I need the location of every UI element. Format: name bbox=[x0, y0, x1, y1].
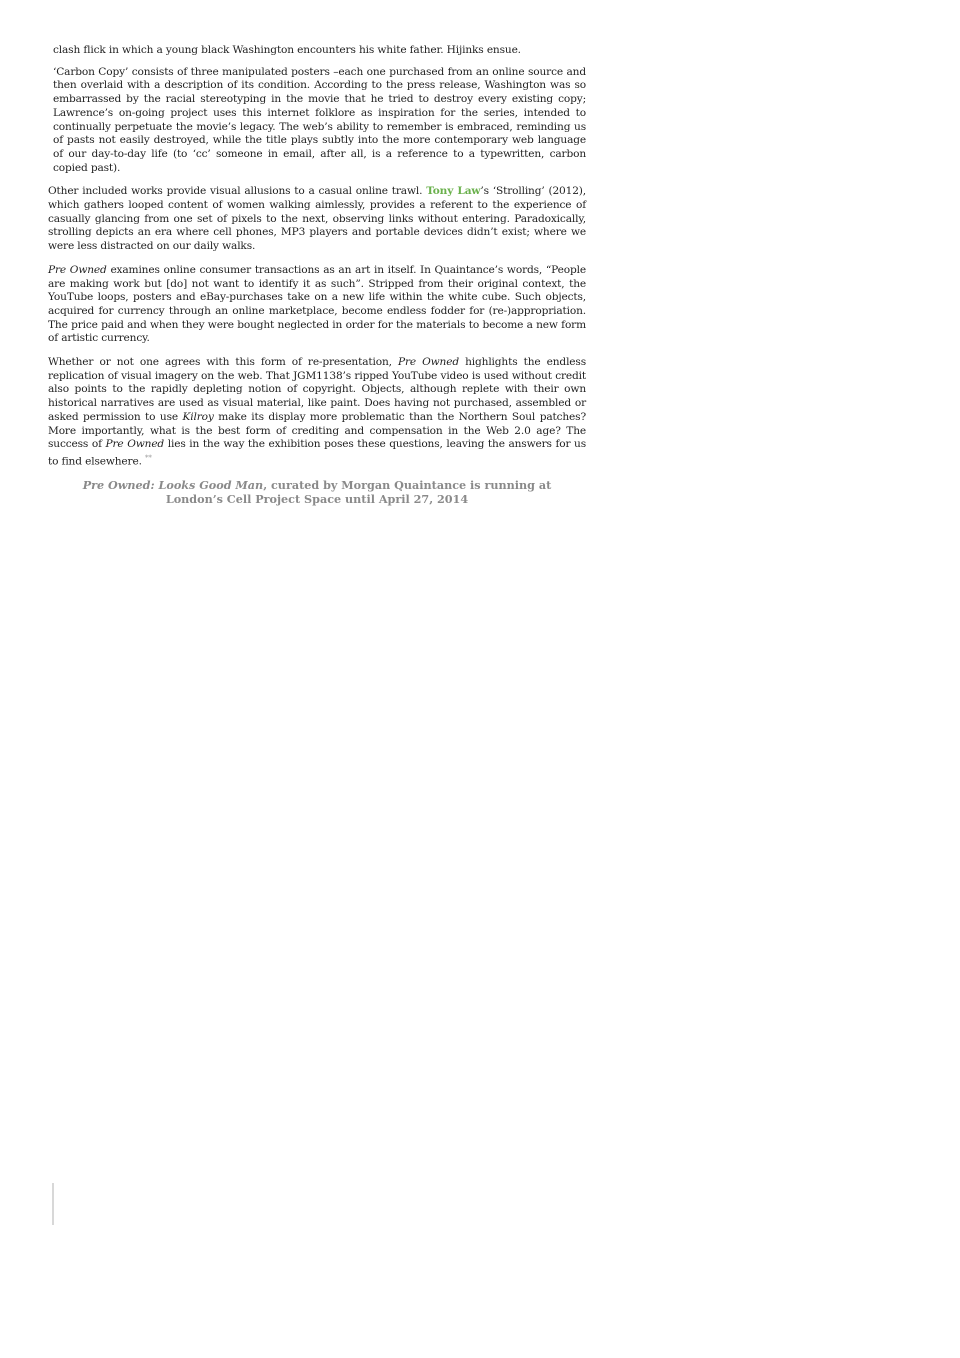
paragraph-intro-continuation: clash flick in which a young black Washi… bbox=[48, 44, 586, 58]
exhibition-title-italic: Pre Owned bbox=[398, 356, 459, 368]
exhibition-caption: Pre Owned: Looks Good Man, curated by Mo… bbox=[48, 479, 586, 506]
end-mark-icon: ** bbox=[145, 454, 152, 462]
paragraph-text: examines online consumer transactions as… bbox=[48, 264, 586, 345]
paragraph-text: Other included works provide visual allu… bbox=[48, 185, 426, 197]
paragraph-text: Whether or not one agrees with this form… bbox=[48, 356, 398, 368]
margin-divider-line bbox=[52, 1183, 54, 1225]
tony-law-link[interactable]: Tony Law bbox=[426, 185, 480, 197]
paragraph-conclusion: Whether or not one agrees with this form… bbox=[48, 356, 586, 469]
paragraph-pre-owned-transactions: Pre Owned examines online consumer trans… bbox=[48, 264, 586, 346]
exhibition-title-italic: Pre Owned bbox=[48, 264, 107, 276]
paragraph-strolling: Other included works provide visual allu… bbox=[48, 185, 586, 254]
exhibition-title-italic: Pre Owned bbox=[106, 438, 165, 450]
article-body: clash flick in which a young black Washi… bbox=[48, 44, 586, 506]
paragraph-text: ‘Carbon Copy’ consists of three manipula… bbox=[53, 66, 586, 174]
caption-title-italic: Pre Owned: Looks Good Man bbox=[83, 478, 264, 492]
paragraph-text: clash flick in which a young black Washi… bbox=[53, 44, 521, 56]
artwork-title-italic: Kilroy bbox=[183, 411, 214, 423]
paragraph-carbon-copy: ‘Carbon Copy’ consists of three manipula… bbox=[48, 66, 586, 176]
